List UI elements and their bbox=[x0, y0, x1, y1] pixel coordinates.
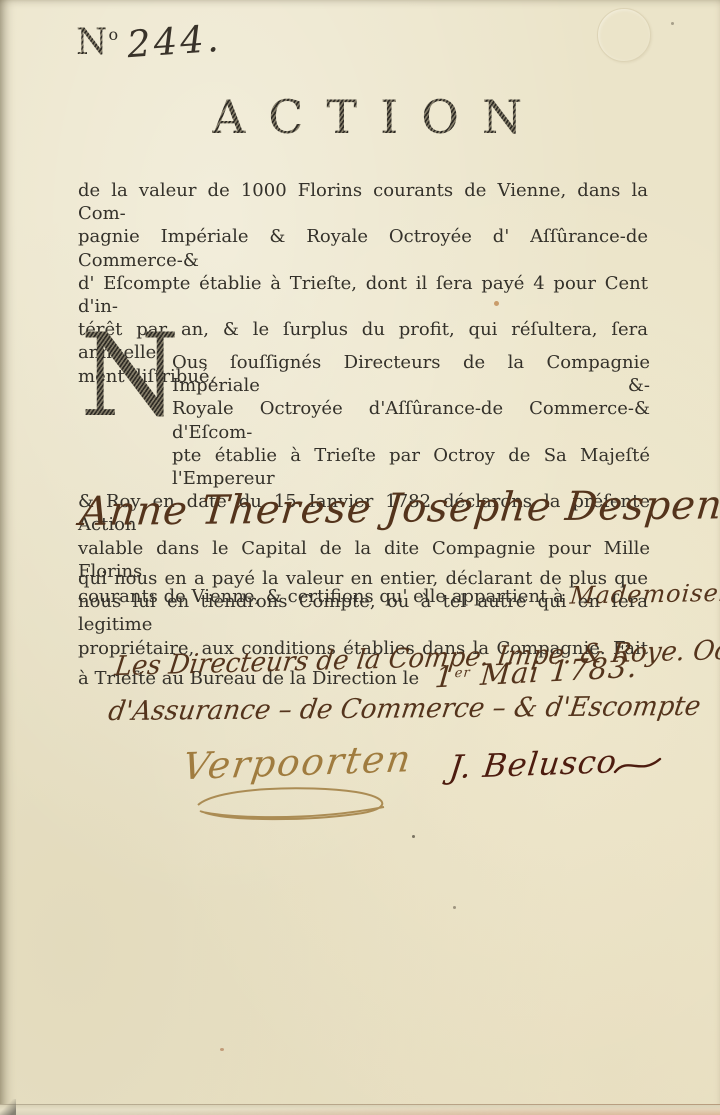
serial-number: No 244. bbox=[76, 20, 222, 63]
preamble-line: de la valeur de 1000 Florins courants de… bbox=[78, 179, 648, 225]
serial-prefix-sup: o bbox=[109, 25, 119, 44]
paper-bottom-edge bbox=[0, 1104, 720, 1115]
serial-number-handwritten: 244. bbox=[126, 17, 223, 66]
preamble-line: pagnie Impériale & Royale Octroyée d' Aſ… bbox=[78, 225, 648, 271]
document-paper: No 244. ACTION de la valeur de 1000 Flor… bbox=[0, 0, 720, 1115]
payment-line: nous lui en tiendrons Compte, ou à tel a… bbox=[78, 590, 648, 636]
payment-line: qui nous en a payé la valeur en entier, … bbox=[78, 567, 648, 590]
signature-flourish bbox=[188, 783, 403, 829]
signature-flourish bbox=[612, 752, 664, 784]
closing-handwritten-line-2: d'Assurance – de Commerce – & d'Escompte bbox=[106, 691, 702, 727]
signature-right: J. Belusco bbox=[447, 742, 619, 786]
embossed-seal-watermark bbox=[597, 8, 651, 62]
ink-speck bbox=[494, 301, 499, 306]
paper-corner-shadow bbox=[0, 1099, 16, 1115]
ink-speck bbox=[412, 835, 415, 838]
declaration-line: Royale Octroyée d'Aſſûrance-de Commerce-… bbox=[172, 397, 650, 443]
document-title: ACTION bbox=[212, 90, 545, 144]
owner-name-handwritten: Anne Therese Josephe Despenrauy. bbox=[78, 481, 720, 535]
serial-prefix: N bbox=[76, 22, 109, 63]
ink-speck bbox=[220, 1048, 224, 1051]
ink-speck bbox=[671, 22, 674, 25]
ink-speck bbox=[453, 906, 456, 909]
declaration-line: Ous ſouſſignés Directeurs de la Compagni… bbox=[172, 351, 650, 397]
signature-left: Verpoorten bbox=[180, 737, 415, 788]
